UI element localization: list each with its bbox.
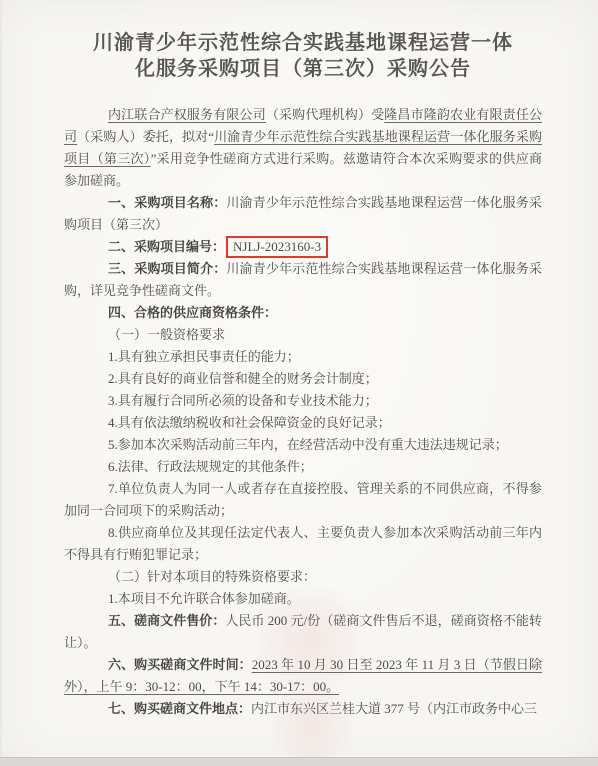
text-segment: 七、购买磋商文件地点： xyxy=(108,701,251,716)
paragraph: 七、购买磋商文件地点：内江市东兴区兰桂大道 377 号（内江市政务中心三 xyxy=(64,698,542,720)
text-segment: 1.具有独立承担民事责任的能力； xyxy=(108,349,300,364)
text-segment: 5.参加本次采购活动前三年内，在经营活动中没有重大违法违规记录； xyxy=(108,437,508,452)
document-body: 内江联合产权服务有限公司（采购代理机构）受隆昌市隆韵农业有限责任公司（采购人）委… xyxy=(64,104,542,720)
paragraph: 7.单位负责人为同一人或者存在直接控股、管理关系的不同供应商，不得参加同一合同项… xyxy=(64,478,542,522)
paragraph: 2.具有良好的商业信誉和健全的财务会计制度； xyxy=(64,368,542,390)
paragraph: 一、采购项目名称：川渝青少年示范性综合实践基地课程运营一体化服务采购项目（第三次… xyxy=(64,192,542,236)
paragraph: （二）针对本项目的特殊资格要求： xyxy=(64,566,542,588)
text-segment: 8.供应商单位及其现任法定代表人、主要负责人参加本次采购活动前三年内不得具有行贿… xyxy=(64,525,542,562)
document-title: 川渝青少年示范性综合实践基地课程运营一体 化服务采购项目（第三次）采购公告 xyxy=(64,30,542,82)
text-segment: 二、采购项目编号： xyxy=(108,239,225,254)
text-segment: 4.具有依法缴纳税收和社会保障资金的良好记录； xyxy=(108,415,391,430)
text-segment: （二）针对本项目的特殊资格要求： xyxy=(108,569,316,584)
scan-edge-left xyxy=(0,0,2,766)
text-segment: 三、采购项目简介： xyxy=(108,261,226,276)
paragraph: 6.法律、行政法规规定的其他条件； xyxy=(64,456,542,478)
text-segment: 四、合格的供应商资格条件： xyxy=(108,305,277,320)
text-segment: 内江市东兴区兰桂大道 377 号（内江市政务中心三 xyxy=(251,701,537,716)
document-title-line-2: 化服务采购项目（第三次）采购公告 xyxy=(64,56,542,82)
text-segment: （采购代理机构）受 xyxy=(266,107,384,122)
text-segment: 6.法律、行政法规规定的其他条件； xyxy=(108,459,313,474)
paragraph: （一）一般资格要求 xyxy=(64,324,542,346)
text-segment: 一、采购项目名称： xyxy=(108,195,226,210)
paragraph: 4.具有依法缴纳税收和社会保障资金的良好记录； xyxy=(64,412,542,434)
text-segment: （一）一般资格要求 xyxy=(108,327,225,342)
text-segment: 六、购买磋商文件时间： xyxy=(108,657,252,672)
text-segment: 3.具有履行合同所必须的设备和专业技术能力； xyxy=(108,393,378,408)
text-segment: （采购人）委托，拟对“ xyxy=(77,129,214,144)
text-segment: 1.本项目不允许联合体参加磋商。 xyxy=(108,591,300,606)
scan-edge-bottom xyxy=(0,757,598,766)
paragraph: 四、合格的供应商资格条件： xyxy=(64,302,542,324)
paragraph: 8.供应商单位及其现任法定代表人、主要负责人参加本次采购活动前三年内不得具有行贿… xyxy=(64,522,542,566)
procurement-number-highlight: NJLJ-2023160-3 xyxy=(226,236,328,258)
text-segment: 内江联合产权服务有限公司 xyxy=(108,107,266,122)
paragraph: 1.具有独立承担民事责任的能力； xyxy=(64,346,542,368)
paragraph: 二、采购项目编号：NJLJ-2023160-3 xyxy=(64,236,542,258)
paragraph: 五、磋商文件售价：人民币 200 元/份（磋商文件售后不退，磋商资格不能转让）。 xyxy=(64,610,542,654)
document-title-line-1: 川渝青少年示范性综合实践基地课程运营一体 xyxy=(64,30,542,56)
text-segment: 2.具有良好的商业信誉和健全的财务会计制度； xyxy=(108,371,378,386)
text-segment: 7.单位负责人为同一人或者存在直接控股、管理关系的不同供应商，不得参加同一合同项… xyxy=(64,481,542,518)
paragraph: 三、采购项目简介：川渝青少年示范性综合实践基地课程运营一体化服务采购，详见竞争性… xyxy=(64,258,542,302)
paragraph: 5.参加本次采购活动前三年内，在经营活动中没有重大违法违规记录； xyxy=(64,434,542,456)
paragraph: 3.具有履行合同所必须的设备和专业技术能力； xyxy=(64,390,542,412)
paragraph: 六、购买磋商文件时间：2023 年 10 月 30 日至 2023 年 11 月… xyxy=(64,654,542,698)
paragraph: 内江联合产权服务有限公司（采购代理机构）受隆昌市隆韵农业有限责任公司（采购人）委… xyxy=(64,104,542,192)
paragraph: 1.本项目不允许联合体参加磋商。 xyxy=(64,588,542,610)
announcement-document: 川渝青少年示范性综合实践基地课程运营一体 化服务采购项目（第三次）采购公告 内江… xyxy=(64,30,542,720)
text-segment: 五、磋商文件售价： xyxy=(108,613,225,628)
